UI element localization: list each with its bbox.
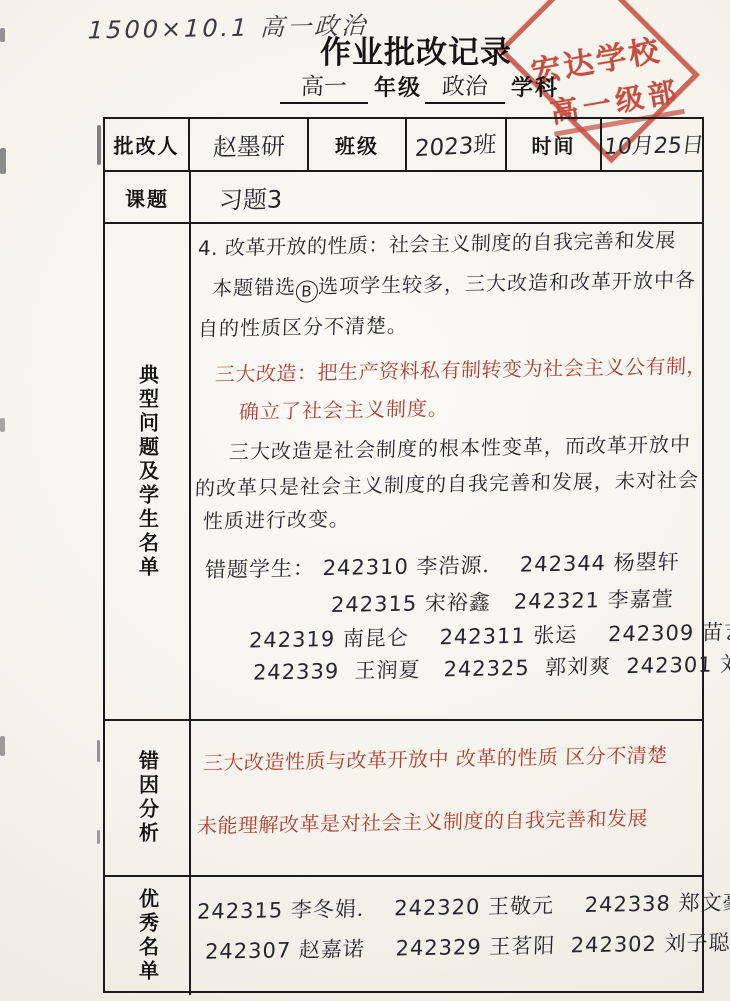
line2-pre: 本题错选: [212, 275, 297, 300]
reviewer-value: 赵墨研: [212, 126, 285, 162]
error-analysis-content: 三大改造性质与改革开放中 改革的性质 区分不清楚 未能理解改革是对社会主义制度的…: [191, 721, 706, 875]
record-table: 批改人 赵墨研 班级 2023班 时间 10月25日 课题 习题3 典型问题及学…: [103, 117, 704, 993]
scan-edge-mark: [0, 148, 6, 174]
time-value: 10月25日: [602, 128, 706, 161]
typical-problems-content: 4. 改革开放的性质：社会主义制度的自我完善和发展 本题错选B选项学生较多，三大…: [191, 224, 706, 719]
grade-subject-line: 高一 年级 政治 学科: [280, 70, 562, 104]
table-row-excellent-list: 优秀名单 242315 李冬娟． 242320 王敬元 242338 郑文豪 2…: [105, 877, 702, 995]
scanned-homework-record-page: 1500×10.1 高一政治 作业批改记录 高一 年级 政治 学科 宏达学校 高…: [0, 0, 730, 1001]
table-row-topic: 课题 习题3: [105, 172, 702, 224]
topic-value-cell: 习题3: [191, 172, 706, 222]
class-label-cell: 班级: [309, 119, 407, 170]
table-row-header: 批改人 赵墨研 班级 2023班 时间 10月25日: [105, 119, 702, 172]
excellent-students-line: 242315 李冬娟． 242320 王敬元 242338 郑文豪: [197, 890, 730, 925]
line2-post: 选项学生较多，三大改造和改革开放中各: [318, 268, 697, 299]
error-analysis-label: 错因分析: [105, 721, 191, 875]
error-students-line: 242315 宋裕鑫 242321 李嘉萱: [331, 587, 675, 618]
reviewer-label-cell: 批改人: [105, 119, 190, 170]
topic-value: 习题3: [218, 179, 282, 215]
scan-edge-mark: [0, 736, 5, 756]
content-line-red: 确立了社会主义制度。: [239, 396, 450, 424]
table-row-typical-problems: 典型问题及学生名单 4. 改革开放的性质：社会主义制度的自我完善和发展 本题错选…: [105, 224, 702, 721]
error-analysis-line: 未能理解改革是对社会主义制度的自我完善和发展: [197, 806, 649, 838]
time-label-cell: 时间: [507, 119, 602, 170]
error-analysis-line: 三大改造性质与改革开放中 改革的性质 区分不清楚: [203, 743, 668, 775]
content-line: 的改革只是社会主义制度的自我完善和发展，未对社会: [195, 468, 700, 501]
excellent-list-content: 242315 李冬娟． 242320 王敬元 242338 郑文豪 242307…: [191, 877, 706, 995]
excellent-list-label: 优秀名单: [105, 877, 191, 995]
grade-blank: 高一: [280, 68, 368, 104]
time-value-cell: 10月25日: [602, 119, 706, 170]
subject-label: 学科: [505, 71, 562, 104]
scan-edge-mark: [0, 418, 5, 432]
error-students-line: 242339 王润夏 242325 郭刘爽 242301 刘海帆: [253, 651, 730, 686]
topic-label-cell: 课题: [105, 172, 191, 222]
subject-value: 政治: [441, 68, 488, 102]
scan-edge-mark: [0, 28, 5, 42]
error-students-line: 242319 南昆仑 242311 张运 242309 苗艺凡: [249, 619, 730, 653]
content-line-red: 三大改造：把生产资料私有制转变为社会主义公有制，: [215, 354, 708, 387]
content-line: 性质进行改变。: [203, 507, 351, 534]
scan-border-smudge: [97, 125, 101, 165]
subject-blank: 政治: [425, 68, 505, 104]
circled-option-b: B: [296, 280, 319, 302]
content-line: 4. 改革开放的性质：社会主义制度的自我完善和发展: [198, 228, 677, 260]
scan-border-smudge: [97, 830, 100, 844]
content-line: 本题错选B选项学生较多，三大改造和改革开放中各: [212, 268, 697, 304]
grade-value: 高一: [300, 68, 347, 102]
error-students-line: 错题学生： 242310 李浩源． 242344 杨曌轩: [205, 550, 681, 583]
table-row-error-analysis: 错因分析 三大改造性质与改革开放中 改革的性质 区分不清楚 未能理解改革是对社会…: [105, 721, 702, 877]
class-value-cell: 2023班: [407, 119, 507, 170]
content-line: 自的性质区分不清楚。: [198, 313, 409, 341]
typical-problems-label: 典型问题及学生名单: [105, 224, 191, 719]
content-line: 三大改造是社会制度的根本性变革，而改革开放中: [229, 432, 692, 464]
class-value: 2023班: [414, 126, 497, 163]
grade-label: 年级: [368, 71, 425, 104]
scan-border-smudge: [97, 740, 100, 762]
paper-noise: [0, 0, 2, 2]
page-title: 作业批改记录: [320, 27, 512, 72]
excellent-students-line: 242307 赵嘉诺 242329 王茗阳 242302 刘子聪．: [205, 930, 730, 965]
reviewer-value-cell: 赵墨研: [190, 119, 309, 170]
